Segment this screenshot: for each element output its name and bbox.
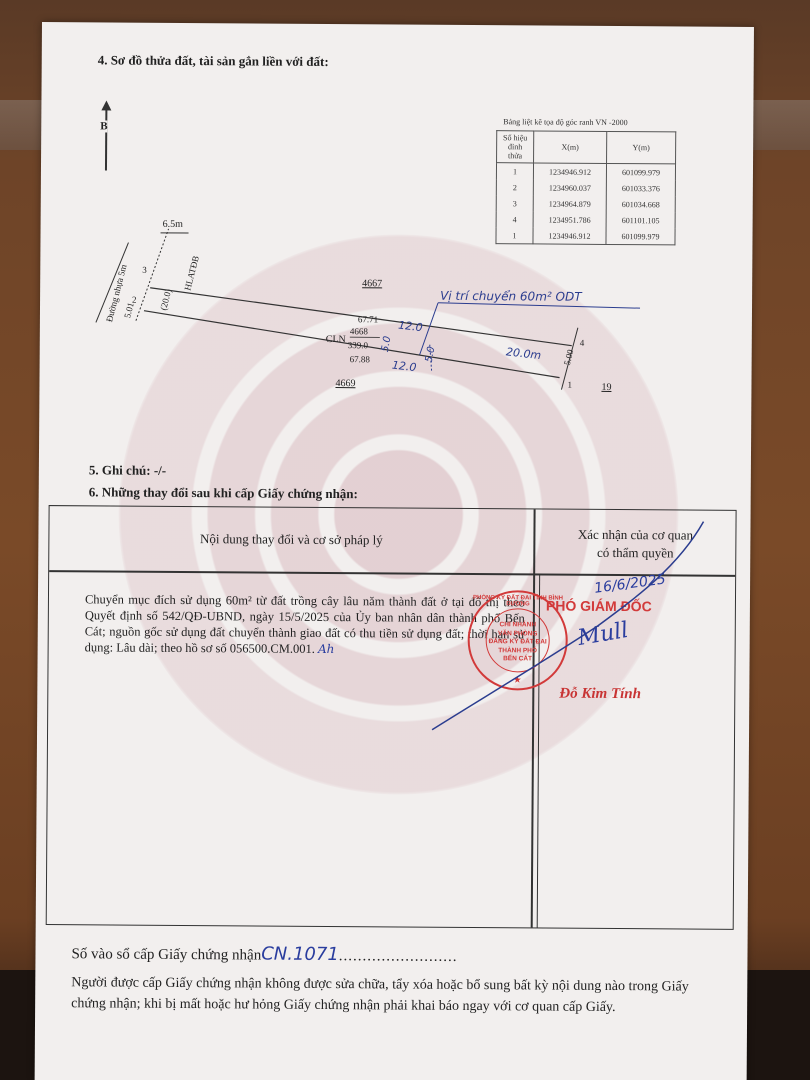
registration-number: CN.1071: [261, 944, 339, 966]
registration-label: Số vào sổ cấp Giấy chứng nhận: [71, 946, 261, 963]
registration-line: Số vào sổ cấp Giấy chứng nhậnCN.1071....…: [71, 942, 457, 966]
pen-strokes: [35, 22, 754, 1080]
registration-dots: .........................: [339, 948, 458, 965]
warning-text: Người được cấp Giấy chứng nhận không đượ…: [71, 972, 721, 1019]
land-certificate-page: 4. Sơ đồ thửa đất, tài sản gắn liền với …: [35, 22, 754, 1080]
